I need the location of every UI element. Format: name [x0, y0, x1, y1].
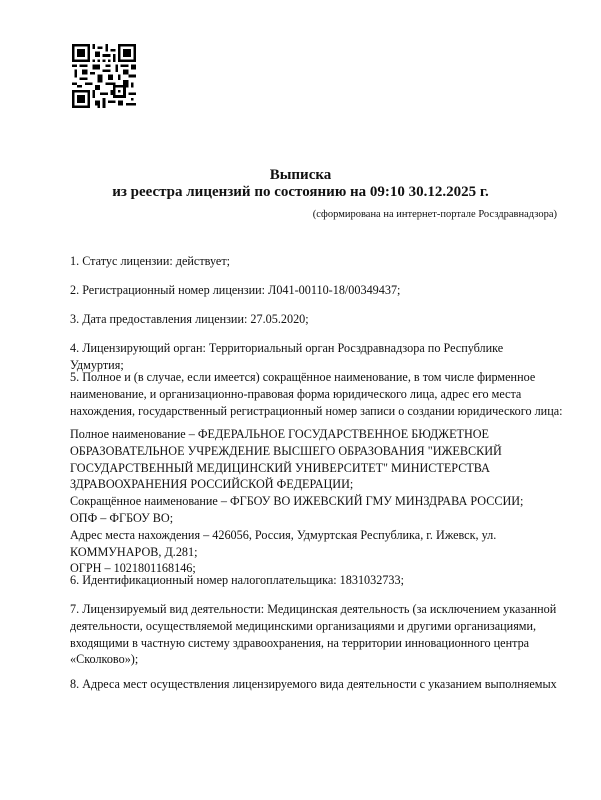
item-7-line: «Сколково»);	[70, 651, 555, 668]
address-line: КОММУНАРОВ, Д.281;	[70, 544, 555, 561]
item-7-activity: 7. Лицензируемый вид деятельности: Медиц…	[70, 601, 555, 668]
item-8-line: 8. Адреса мест осуществления лицензируем…	[70, 676, 555, 693]
source-note: (сформирована на интернет-портале Росздр…	[313, 209, 557, 220]
issue-date: 3. Дата предоставления лицензии: 27.05.2…	[70, 311, 555, 328]
document-title: Выписка	[0, 166, 601, 184]
full-name-line: ЗДРАВООХРАНЕНИЯ РОССИЙСКОЙ ФЕДЕРАЦИИ;	[70, 476, 555, 493]
registration-number: 2. Регистрационный номер лицензии: Л041-…	[70, 282, 555, 299]
item-5-description: 5. Полное и (в случае, если имеется) сок…	[70, 369, 555, 419]
full-name-line: Полное наименование – ФЕДЕРАЛЬНОЕ ГОСУДА…	[70, 426, 555, 443]
inn: 6. Идентификационный номер налогоплатель…	[70, 572, 555, 589]
item-7-line: 7. Лицензируемый вид деятельности: Медиц…	[70, 601, 555, 618]
item-5-line: нахождения, государственный регистрацион…	[70, 403, 555, 420]
short-name-line: Сокращённое наименование – ФГБОУ ВО ИЖЕВ…	[70, 493, 555, 510]
full-name-line: ГОСУДАРСТВЕННЫЙ МЕДИЦИНСКИЙ УНИВЕРСИТЕТ"…	[70, 460, 555, 477]
opf-line: ОПФ – ФГБОУ ВО;	[70, 510, 555, 527]
qr-code-icon	[72, 44, 136, 108]
address-line: Адрес места нахождения – 426056, Россия,…	[70, 527, 555, 544]
item-5-line: наименование, и организационно-правовая …	[70, 386, 555, 403]
item-7-line: входящими в частную систему здравоохране…	[70, 635, 555, 652]
item-7-line: деятельности, осуществляемой медицинским…	[70, 618, 555, 635]
organization-details: Полное наименование – ФЕДЕРАЛЬНОЕ ГОСУДА…	[70, 426, 555, 577]
full-name-line: ОБРАЗОВАТЕЛЬНОЕ УЧРЕЖДЕНИЕ ВЫСШЕГО ОБРАЗ…	[70, 443, 555, 460]
item-8-addresses: 8. Адреса мест осуществления лицензируем…	[70, 676, 555, 693]
item-5-line: 5. Полное и (в случае, если имеется) сок…	[70, 369, 555, 386]
document-subtitle: из реестра лицензий по состоянию на 09:1…	[0, 183, 601, 201]
license-status: 1. Статус лицензии: действует;	[70, 253, 555, 270]
